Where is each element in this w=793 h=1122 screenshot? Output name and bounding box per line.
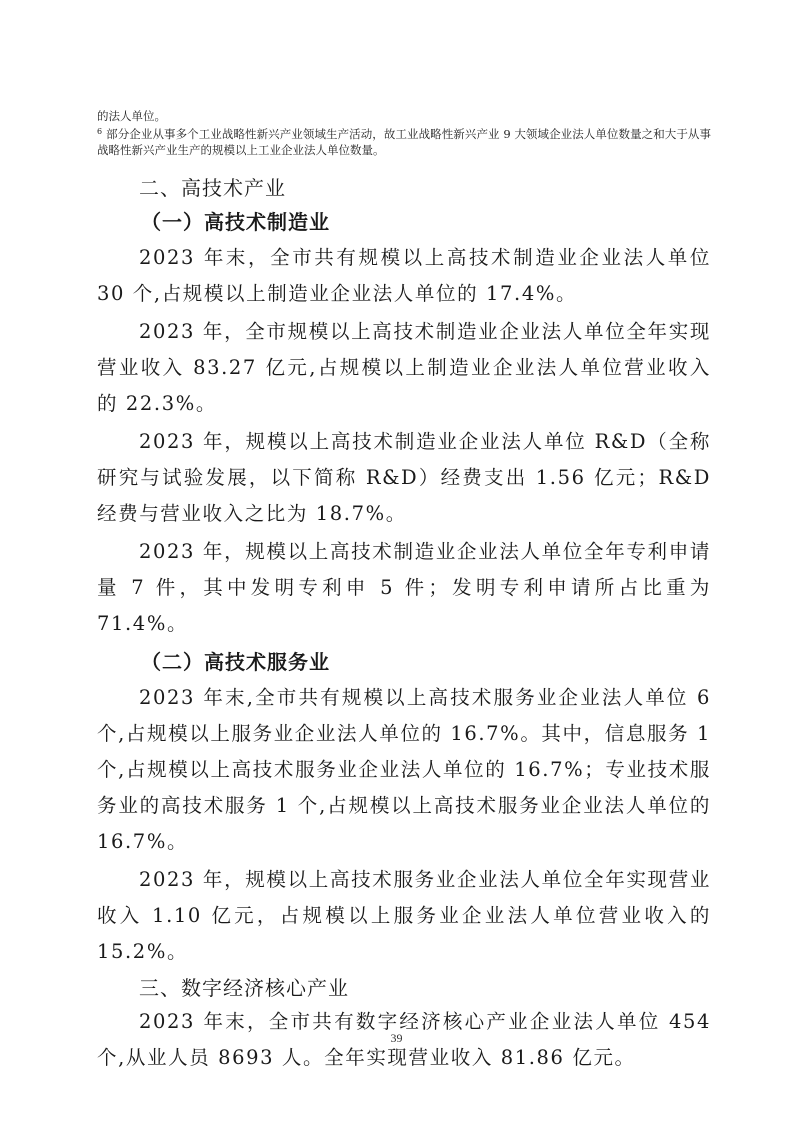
- footnote-6: 6部分企业从事多个工业战略性新兴产业领域生产活动，故工业战略性新兴产业 9 大领…: [97, 124, 711, 158]
- paragraph: 2023 年，规模以上高技术服务业企业法人单位全年实现营业收入 1.10 亿元，…: [97, 862, 711, 970]
- footnote-marker: 6: [97, 127, 102, 136]
- page-number: 39: [0, 1031, 793, 1046]
- paragraph: 2023 年，规模以上高技术制造业企业法人单位全年专利申请量 7 件，其中发明专…: [97, 534, 711, 642]
- section-heading-high-tech: 二、高技术产业: [97, 172, 711, 204]
- paragraph: 2023 年，全市规模以上高技术制造业企业法人单位全年实现营业收入 83.27 …: [97, 314, 711, 422]
- paragraph: 2023 年，规模以上高技术制造业企业法人单位 R&D（全称研究与试验发展，以下…: [97, 424, 711, 532]
- subsection-heading-high-tech-manufacturing: （一）高技术制造业: [97, 204, 711, 240]
- document-page: 的法人单位。 6部分企业从事多个工业战略性新兴产业领域生产活动，故工业战略性新兴…: [97, 108, 711, 1078]
- footnote-text: 部分企业从事多个工业战略性新兴产业领域生产活动，故工业战略性新兴产业 9 大领域…: [97, 127, 711, 157]
- footnote-continuation: 的法人单位。: [97, 108, 711, 124]
- paragraph: 2023 年末,全市共有规模以上高技术服务业企业法人单位 6 个,占规模以上服务…: [97, 680, 711, 860]
- footnotes: 的法人单位。 6部分企业从事多个工业战略性新兴产业领域生产活动，故工业战略性新兴…: [97, 108, 711, 158]
- section-heading-digital-economy: 三、数字经济核心产业: [97, 972, 711, 1004]
- paragraph: 2023 年末，全市共有规模以上高技术制造业企业法人单位 30 个,占规模以上制…: [97, 240, 711, 312]
- subsection-heading-high-tech-services: （二）高技术服务业: [97, 644, 711, 680]
